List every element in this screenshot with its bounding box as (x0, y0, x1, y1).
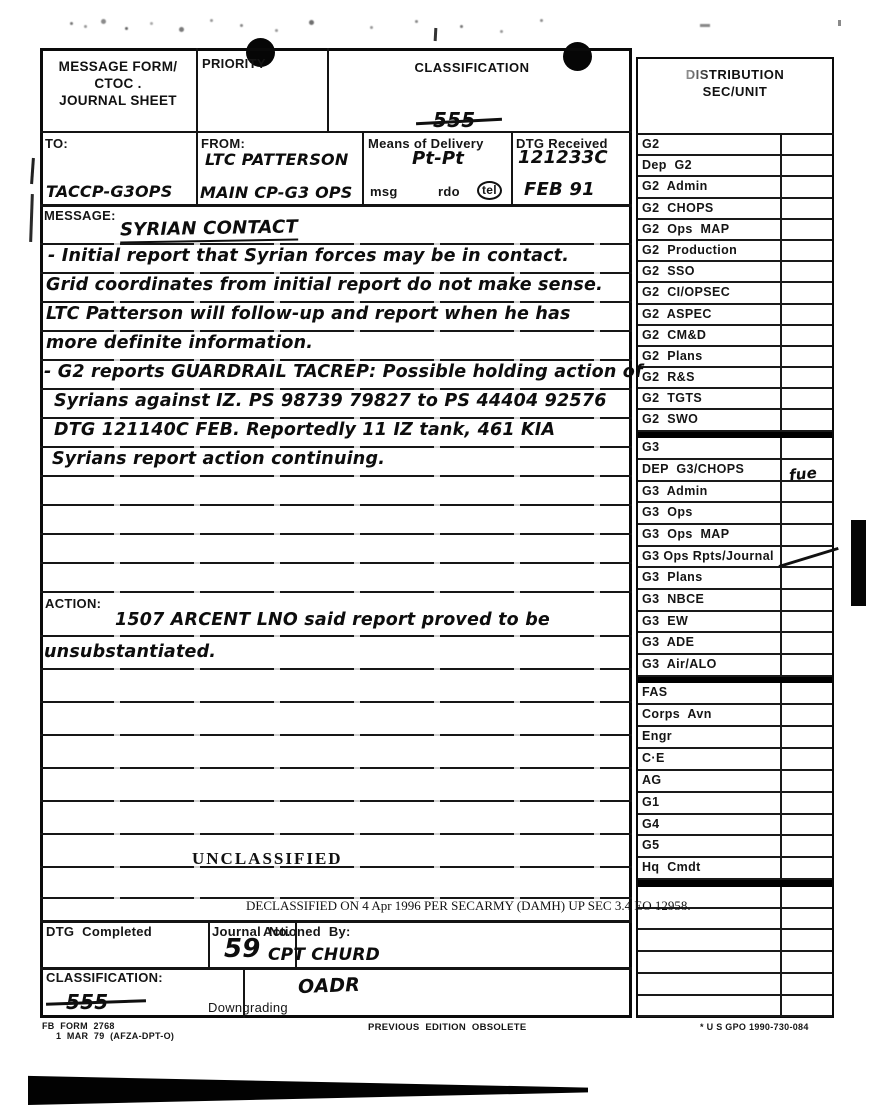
distribution-row-label: G2 (642, 137, 659, 151)
margin-pen-stroke (29, 194, 34, 242)
distribution-row-label: C·E (642, 751, 665, 765)
distribution-empty-row (638, 974, 832, 996)
ruled-line (40, 301, 632, 303)
ruled-line (40, 359, 632, 361)
ruled-line (40, 833, 632, 835)
distribution-row-label: G1 (642, 795, 659, 809)
distribution-check-cell (780, 974, 832, 994)
gpo-note: * U S GPO 1990-730-084 (700, 1022, 809, 1032)
ruled-line (40, 330, 632, 332)
distribution-row-label: G3 Ops Rpts/Journal (642, 549, 774, 563)
distribution-check-cell (780, 389, 832, 408)
actioned-by-label: Actioned By: (263, 924, 351, 939)
scan-artifact-bar (851, 520, 866, 606)
distribution-check-cell (780, 503, 832, 523)
distribution-header-line: SEC/UNIT (636, 83, 834, 100)
form-grid-line (40, 920, 632, 923)
actioned-by-value: CPT CHURD (268, 945, 380, 965)
from-value-line2: MAIN CP-G3 OPS (200, 183, 353, 202)
distribution-row: G2 ASPEC (638, 305, 832, 326)
distribution-check-cell (780, 996, 832, 1016)
form-grid-line (40, 204, 632, 207)
distribution-row: G2 CM&D (638, 326, 832, 347)
distribution-row: G2 CHOPS (638, 199, 832, 220)
distribution-check-cell (780, 590, 832, 610)
distribution-row: G2 SWO (638, 410, 832, 431)
dtg-received-value-line2: FEB 91 (524, 179, 595, 200)
form-title: MESSAGE FORM/ CTOC . JOURNAL SHEET (48, 58, 188, 109)
ruled-line (40, 635, 632, 637)
distribution-row-label: G2 CHOPS (642, 201, 714, 215)
distribution-row: G2 TGTS (638, 389, 832, 410)
to-value: TACCP-G3OPS (46, 182, 172, 201)
distribution-row-label: G5 (642, 838, 659, 852)
distribution-row: G2 (638, 135, 832, 156)
distribution-row: G3 Air/ALO (638, 655, 832, 677)
delivery-option-tel-circled: tel (477, 181, 502, 200)
distribution-check-cell (780, 683, 832, 703)
declassified-note: DECLASSIFIED ON 4 Apr 1996 PER SECARMY (… (246, 898, 691, 914)
distribution-check-cell (780, 655, 832, 675)
form-grid-line (511, 131, 513, 206)
margin-pen-stroke (30, 158, 35, 184)
message-subject: SYRIAN CONTACT (120, 216, 298, 243)
scan-tick-mark (434, 28, 438, 41)
distribution-row: G3 Ops MAP (638, 525, 832, 547)
distribution-row-label: G2 CM&D (642, 328, 706, 342)
distribution-check-cell (780, 836, 832, 856)
distribution-row: G3 ADE (638, 633, 832, 655)
scan-fade-artifact (655, 64, 713, 84)
ruled-line (40, 446, 632, 448)
previous-edition-note: PREVIOUS EDITION OBSOLETE (368, 1022, 527, 1033)
distribution-row-label: Hq Cmdt (642, 860, 701, 874)
message-line: Syrians report action continuing. (52, 449, 385, 469)
distribution-check-cell (780, 438, 832, 458)
form-grid-line (196, 48, 198, 204)
classification-bottom-label: CLASSIFICATION: (46, 970, 163, 985)
distribution-row-label: G2 Ops MAP (642, 222, 729, 236)
scan-noise-dash (700, 24, 710, 27)
distribution-row-label: G2 Plans (642, 349, 703, 363)
message-line: more definite information. (46, 333, 313, 353)
distribution-row: G2 Ops MAP (638, 220, 832, 241)
ruled-line (40, 800, 632, 802)
distribution-row-label: AG (642, 773, 662, 787)
distribution-rows: G2Dep G2G2 AdminG2 CHOPSG2 Ops MAPG2 Pro… (638, 135, 832, 1017)
distribution-row: Dep G2 (638, 156, 832, 177)
distribution-row-label: G2 Admin (642, 179, 708, 193)
distribution-check-cell (780, 771, 832, 791)
distribution-check-cell (780, 793, 832, 813)
distribution-row: G2 CI/OPSEC (638, 283, 832, 304)
ruled-line (40, 243, 632, 245)
distribution-row: Engr (638, 727, 832, 749)
distribution-row: Hq Cmdt (638, 858, 832, 880)
scan-artifact-wedge (28, 1075, 588, 1105)
distribution-row-label: G3 Admin (642, 484, 708, 498)
distribution-row: G3 Ops (638, 503, 832, 525)
ruled-line (40, 533, 632, 535)
dtg-received-value-line1: 121233C (518, 147, 608, 168)
distribution-check-cell (780, 633, 832, 653)
distribution-check-cell (780, 347, 832, 366)
distribution-row: G3 EW (638, 612, 832, 634)
downgrading-value: OADR (298, 974, 361, 998)
distribution-check-cell (780, 909, 832, 929)
distribution-row: AG (638, 771, 832, 793)
distribution-row-label: G2 CI/OPSEC (642, 285, 730, 299)
distribution-row: G2 Admin (638, 177, 832, 198)
classification-label: CLASSIFICATION (327, 60, 617, 75)
distribution-check-cell (780, 326, 832, 345)
downgrading-label: Downgrading (208, 1000, 288, 1015)
distribution-row: G2 R&S (638, 368, 832, 389)
distribution-row-label: G3 ADE (642, 635, 694, 649)
distribution-check-cell (780, 156, 832, 175)
distribution-check-cell (780, 305, 832, 324)
journal-no-value: 59 (224, 934, 261, 964)
form-id-line2: 1 MAR 79 (AFZA-DPT-O) (56, 1031, 174, 1041)
action-line: unsubstantiated. (44, 642, 216, 662)
distribution-row: C·E (638, 749, 832, 771)
form-title-line: MESSAGE FORM/ (48, 58, 188, 75)
distribution-check-cell (780, 727, 832, 747)
message-line: Grid coordinates from initial report do … (46, 275, 603, 295)
distribution-check-cell (780, 220, 832, 239)
action-label: ACTION: (45, 596, 101, 611)
handwritten-initials-mark: fue (788, 464, 818, 485)
ruled-line (40, 272, 632, 274)
distribution-check-cell (780, 858, 832, 878)
distribution-row: G3 NBCE (638, 590, 832, 612)
form-grid-line (208, 920, 210, 967)
scan-noise-speckles (70, 22, 73, 25)
distribution-row-label: DEP G3/CHOPS (642, 462, 744, 476)
distribution-row: G5 (638, 836, 832, 858)
distribution-check-cell (780, 815, 832, 835)
distribution-check-cell (780, 749, 832, 769)
ruled-line (40, 388, 632, 390)
distribution-row-label: G3 NBCE (642, 592, 704, 606)
distribution-check-cell (780, 283, 832, 302)
ruled-line (40, 417, 632, 419)
to-label: TO: (45, 136, 68, 151)
distribution-row-label: G2 SSO (642, 264, 695, 278)
distribution-check-cell (780, 525, 832, 545)
ruled-line (40, 562, 632, 564)
distribution-row: G3 (638, 438, 832, 460)
ruled-line (40, 475, 632, 477)
ruled-line (40, 591, 632, 593)
distribution-check-cell (780, 930, 832, 950)
distribution-row-label: Engr (642, 729, 672, 743)
distribution-row: G1 (638, 793, 832, 815)
delivery-option-msg: msg (370, 184, 398, 199)
distribution-row-label: G3 Air/ALO (642, 657, 717, 671)
ruled-line (40, 734, 632, 736)
distribution-row-label: G3 (642, 440, 659, 454)
from-label: FROM: (201, 136, 245, 151)
action-line: 1507 ARCENT LNO said report proved to be (115, 610, 550, 630)
distribution-row-label: G3 Ops (642, 505, 693, 519)
message-line: Syrians against IZ. PS 98739 79827 to PS… (54, 391, 607, 411)
message-label: MESSAGE: (44, 208, 116, 223)
dtg-completed-label: DTG Completed (46, 924, 152, 939)
distribution-row: G3 Plans (638, 568, 832, 590)
ruled-line (40, 504, 632, 506)
distribution-check-cell (780, 199, 832, 218)
form-title-line: JOURNAL SHEET (48, 92, 188, 109)
distribution-check-cell (780, 952, 832, 972)
distribution-check-cell (780, 612, 832, 632)
means-of-delivery-value: Pt-Pt (412, 148, 464, 169)
scan-noise-dot (838, 20, 841, 26)
delivery-option-rdo: rdo (438, 184, 460, 199)
distribution-check-cell (780, 410, 832, 429)
distribution-empty-row (638, 996, 832, 1018)
message-line: DTG 121140C FEB. Reportedly 11 IZ tank, … (54, 420, 555, 440)
distribution-row: G2 Production (638, 241, 832, 262)
distribution-row-label: Corps Avn (642, 707, 712, 721)
distribution-row-label: G3 Ops MAP (642, 527, 729, 541)
distribution-row-label: Dep G2 (642, 158, 692, 172)
form-id-line1: FB FORM 2768 (42, 1021, 115, 1031)
message-line: - G2 reports GUARDRAIL TACREP: Possible … (44, 362, 643, 382)
distribution-row-label: G3 EW (642, 614, 688, 628)
distribution-check-cell (780, 705, 832, 725)
distribution-row-label: G2 TGTS (642, 391, 702, 405)
form-grid-line (40, 131, 632, 133)
distribution-row-label: G2 Production (642, 243, 737, 257)
distribution-row-label: G4 (642, 817, 659, 831)
distribution-empty-row (638, 952, 832, 974)
ruled-line (40, 668, 632, 670)
unclassified-stamp: UNCLASSIFIED (192, 849, 343, 869)
form-title-line: CTOC . (48, 75, 188, 92)
message-line: - Initial report that Syrian forces may … (48, 246, 569, 266)
priority-label: PRIORITY (202, 56, 266, 71)
distribution-check-cell (780, 887, 832, 907)
distribution-check-cell (780, 177, 832, 196)
distribution-row-label: G2 ASPEC (642, 307, 712, 321)
distribution-row: G4 (638, 815, 832, 837)
distribution-row: FAS (638, 683, 832, 705)
from-value-line1: LTC PATTERSON (205, 150, 348, 169)
distribution-row: G3 Admin (638, 482, 832, 504)
distribution-row: G2 Plans (638, 347, 832, 368)
scanned-journal-sheet: MESSAGE FORM/ CTOC . JOURNAL SHEET PRIOR… (0, 0, 880, 1112)
message-line: LTC Patterson will follow-up and report … (46, 304, 571, 324)
ruled-line (40, 701, 632, 703)
ruled-line (40, 767, 632, 769)
distribution-row: Corps Avn (638, 705, 832, 727)
distribution-empty-row (638, 930, 832, 952)
distribution-row-label: FAS (642, 685, 668, 699)
distribution-check-cell (780, 568, 832, 588)
distribution-check-cell (780, 262, 832, 281)
distribution-check-cell (780, 135, 832, 154)
distribution-row: G2 SSO (638, 262, 832, 283)
distribution-check-cell (780, 241, 832, 260)
form-grid-line (362, 131, 364, 206)
distribution-row-label: G3 Plans (642, 570, 703, 584)
distribution-check-cell (780, 482, 832, 502)
distribution-row-label: G2 SWO (642, 412, 698, 426)
distribution-row-label: G2 R&S (642, 370, 695, 384)
distribution-check-cell (780, 368, 832, 387)
